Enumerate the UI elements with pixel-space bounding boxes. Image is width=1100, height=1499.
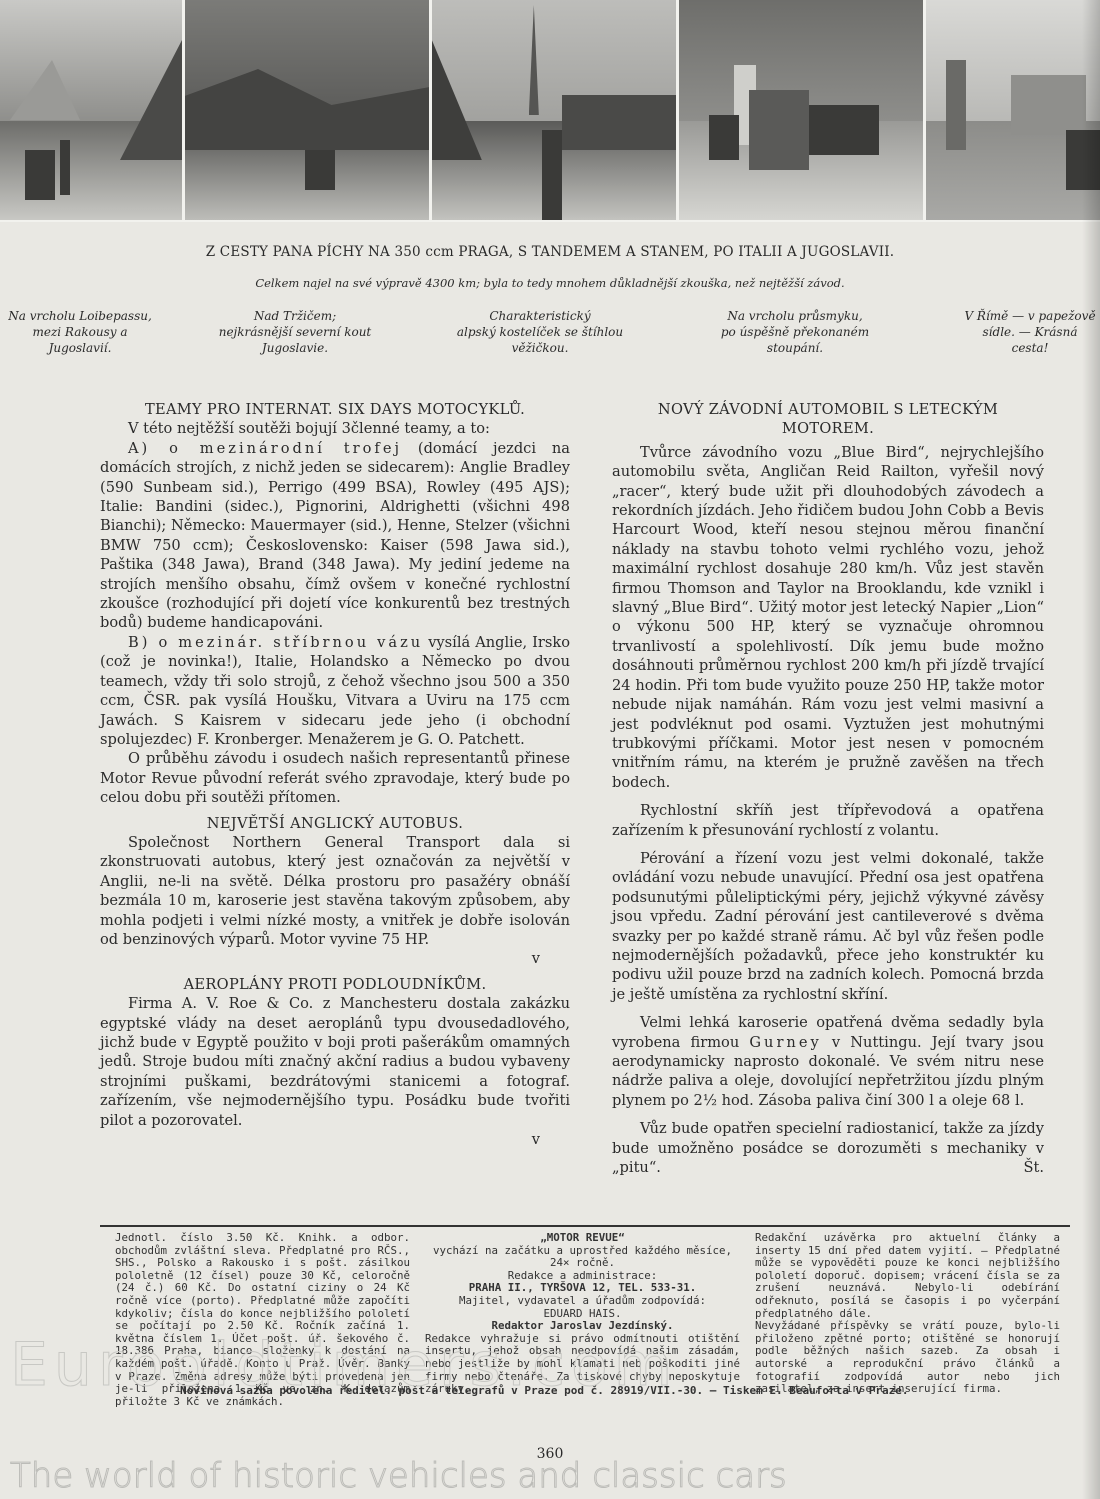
footer-editorial-terms: Redakční uzávěrka pro aktuelní články a … [755, 1232, 1060, 1396]
photo-caption-4: Na vrcholu průsmyku,po úspěšně překonané… [690, 308, 900, 356]
page-edge-shadow [1082, 0, 1100, 1499]
watermark-logo: Eurooldtimers.com [10, 1330, 678, 1400]
article-paragraph: V této nejtěžší soutěži bojují 3členné t… [100, 419, 570, 438]
photo-church [432, 0, 676, 220]
publisher-address: PRAHA II., TYRŠOVA 12, TEL. 533-31. [469, 1281, 697, 1294]
article-paragraph: Pérování a řízení vozu jest velmi dokona… [612, 849, 1044, 1004]
photo-caption-2: Nad Tržičem;nejkrásnější severní koutJug… [195, 308, 395, 356]
article-signature: Št. [612, 1158, 1044, 1177]
article-paragraph: Společnost Northern General Transport da… [100, 833, 570, 949]
photo-trzic [185, 0, 429, 220]
article-paragraph: A) o mezinárodní trofej (domácí jezdci n… [100, 439, 570, 633]
article-paragraph: O průběhu závodu i osudech našich repres… [100, 749, 570, 807]
photo-caption-title: Z CESTY PANA PÍCHY NA 350 ccm PRAGA, S T… [0, 244, 1100, 260]
article-signature: v [100, 1130, 570, 1149]
right-column: NOVÝ ZÁVODNÍ AUTOMOBIL S LETECKÝM MOTORE… [612, 400, 1044, 1178]
article-heading-aeroplany: AEROPLÁNY PROTI PODLOUDNÍKŮM. [100, 975, 570, 994]
photo-pass-summit [679, 0, 923, 220]
photo-rome [926, 0, 1100, 220]
watermark-tagline: The world of historic vehicles and class… [10, 1456, 787, 1496]
photo-caption-subtitle: Celkem najel na své výpravě 4300 km; byl… [0, 276, 1100, 290]
article-heading-six-days: TEAMY PRO INTERNAT. SIX DAYS MOTOCYKLŮ. [100, 400, 570, 419]
photo-loibepass [0, 0, 182, 220]
photo-caption-3: Charakteristickýalpský kostelíček se ští… [430, 308, 650, 356]
publisher-owner: EDUARD HAIS. [543, 1307, 621, 1320]
article-paragraph: Tvůrce závodního vozu „Blue Bird“, nejry… [612, 443, 1044, 792]
photo-captions: Na vrcholu Loibepassu,mezi Rakousy aJugo… [0, 308, 1100, 388]
article-paragraph: Rychlostní skříň jest třípřevodová a opa… [612, 801, 1044, 840]
photo-caption-1: Na vrcholu Loibepassu,mezi Rakousy aJugo… [0, 308, 175, 356]
article-heading-autobus: NEJVĚTŠÍ ANGLICKÝ AUTOBUS. [100, 814, 570, 833]
article-paragraph: Velmi lehká karoserie opatřená dvěma sed… [612, 1013, 1044, 1110]
publication-title: „MOTOR REVUE“ [540, 1231, 625, 1244]
article-heading-racing-car: NOVÝ ZÁVODNÍ AUTOMOBIL S LETECKÝM MOTORE… [612, 400, 1044, 439]
left-column: TEAMY PRO INTERNAT. SIX DAYS MOTOCYKLŮ. … [100, 400, 570, 1149]
photo-caption-5: V Římě — v papežověsídle. — Krásnácesta! [935, 308, 1100, 356]
article-paragraph: Firma A. V. Roe & Co. z Manchesteru dost… [100, 994, 570, 1130]
article-paragraph: B) o mezinár. stříbrnou vázu vysílá Angl… [100, 633, 570, 749]
article-signature: v [100, 949, 570, 968]
photo-strip [0, 0, 1100, 222]
footer-rule [100, 1225, 1070, 1227]
